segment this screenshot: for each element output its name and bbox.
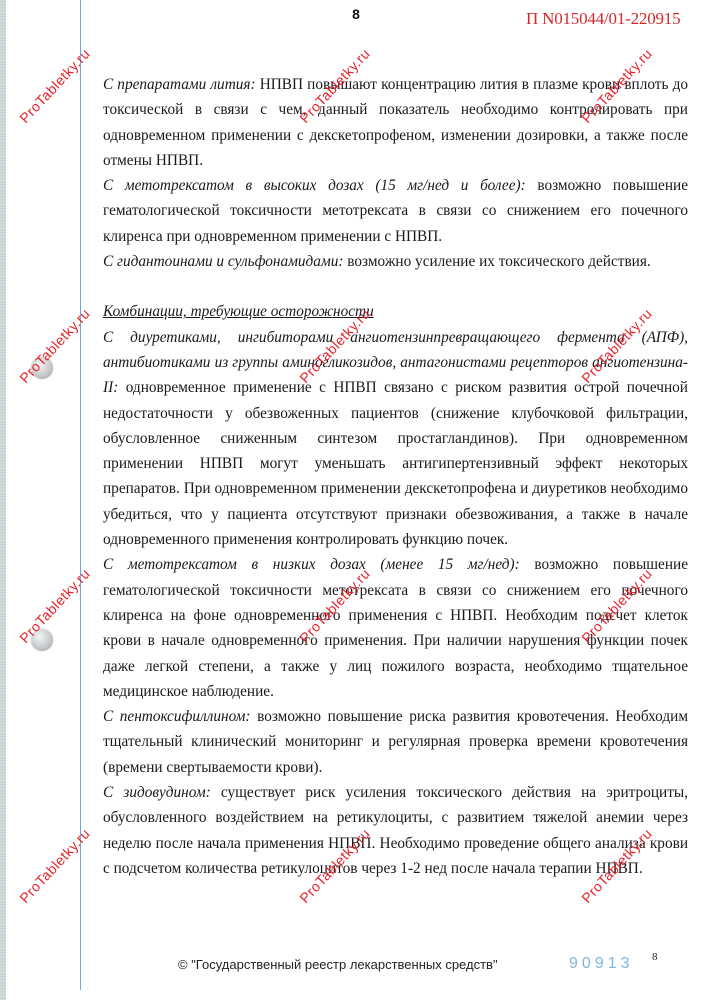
stamp-number: 90913 (569, 955, 634, 973)
margin-line (80, 0, 81, 990)
paragraph-lithium: С препаратами лития: НПВП повышают конце… (103, 72, 688, 173)
paragraph-pentoxifylline: С пентоксифиллином: возможно повышение р… (103, 704, 688, 780)
page-number-top: 8 (348, 6, 364, 22)
paragraph-hydantoins: С гидантоинами и сульфонамидами: возможн… (103, 249, 688, 274)
paragraph-diuretics: С диуретиками, ингибиторами ангиотензинп… (103, 325, 688, 553)
paragraph-text: возможно повышение гематологической токс… (103, 556, 688, 699)
paragraph-lead: С гидантоинами и сульфонамидами: (103, 253, 343, 270)
document-body: С препаратами лития: НПВП повышают конце… (103, 72, 688, 881)
paragraph-text: одновременное применение с НПВП связано … (103, 379, 688, 548)
page-number-bottom: 8 (652, 951, 658, 963)
paragraph-methotrexate-high: С метотрексатом в высоких дозах (15 мг/н… (103, 173, 688, 249)
punch-hole-icon (31, 629, 53, 651)
paragraph-text: возможно усиление их токсического действ… (343, 253, 650, 270)
paragraph-methotrexate-low: С метотрексатом в низких дозах (менее 15… (103, 552, 688, 704)
registration-number: П N015044/01-220915 (526, 9, 680, 29)
paragraph-lead: С препаратами лития: (103, 76, 256, 93)
paragraph-lead: С метотрексатом в низких дозах (менее 15… (103, 556, 520, 573)
paragraph-lead: С зидовудином: (103, 784, 211, 801)
punch-hole-icon (31, 357, 53, 379)
footer-copyright: © "Государственный реестр лекарственных … (178, 957, 498, 972)
paragraph-lead: С пентоксифиллином: (103, 708, 251, 725)
section-title: Комбинации, требующие осторожности (103, 299, 688, 324)
watermark: ProTabletky.ru (16, 45, 93, 126)
watermark: ProTabletky.ru (16, 565, 93, 646)
paragraph-zidovudine: С зидовудином: существует риск усиления … (103, 780, 688, 881)
watermark: ProTabletky.ru (16, 305, 93, 386)
paragraph-lead: С метотрексатом в высоких дозах (15 мг/н… (103, 177, 526, 194)
watermark: ProTabletky.ru (16, 825, 93, 906)
scan-edge (0, 0, 6, 1000)
